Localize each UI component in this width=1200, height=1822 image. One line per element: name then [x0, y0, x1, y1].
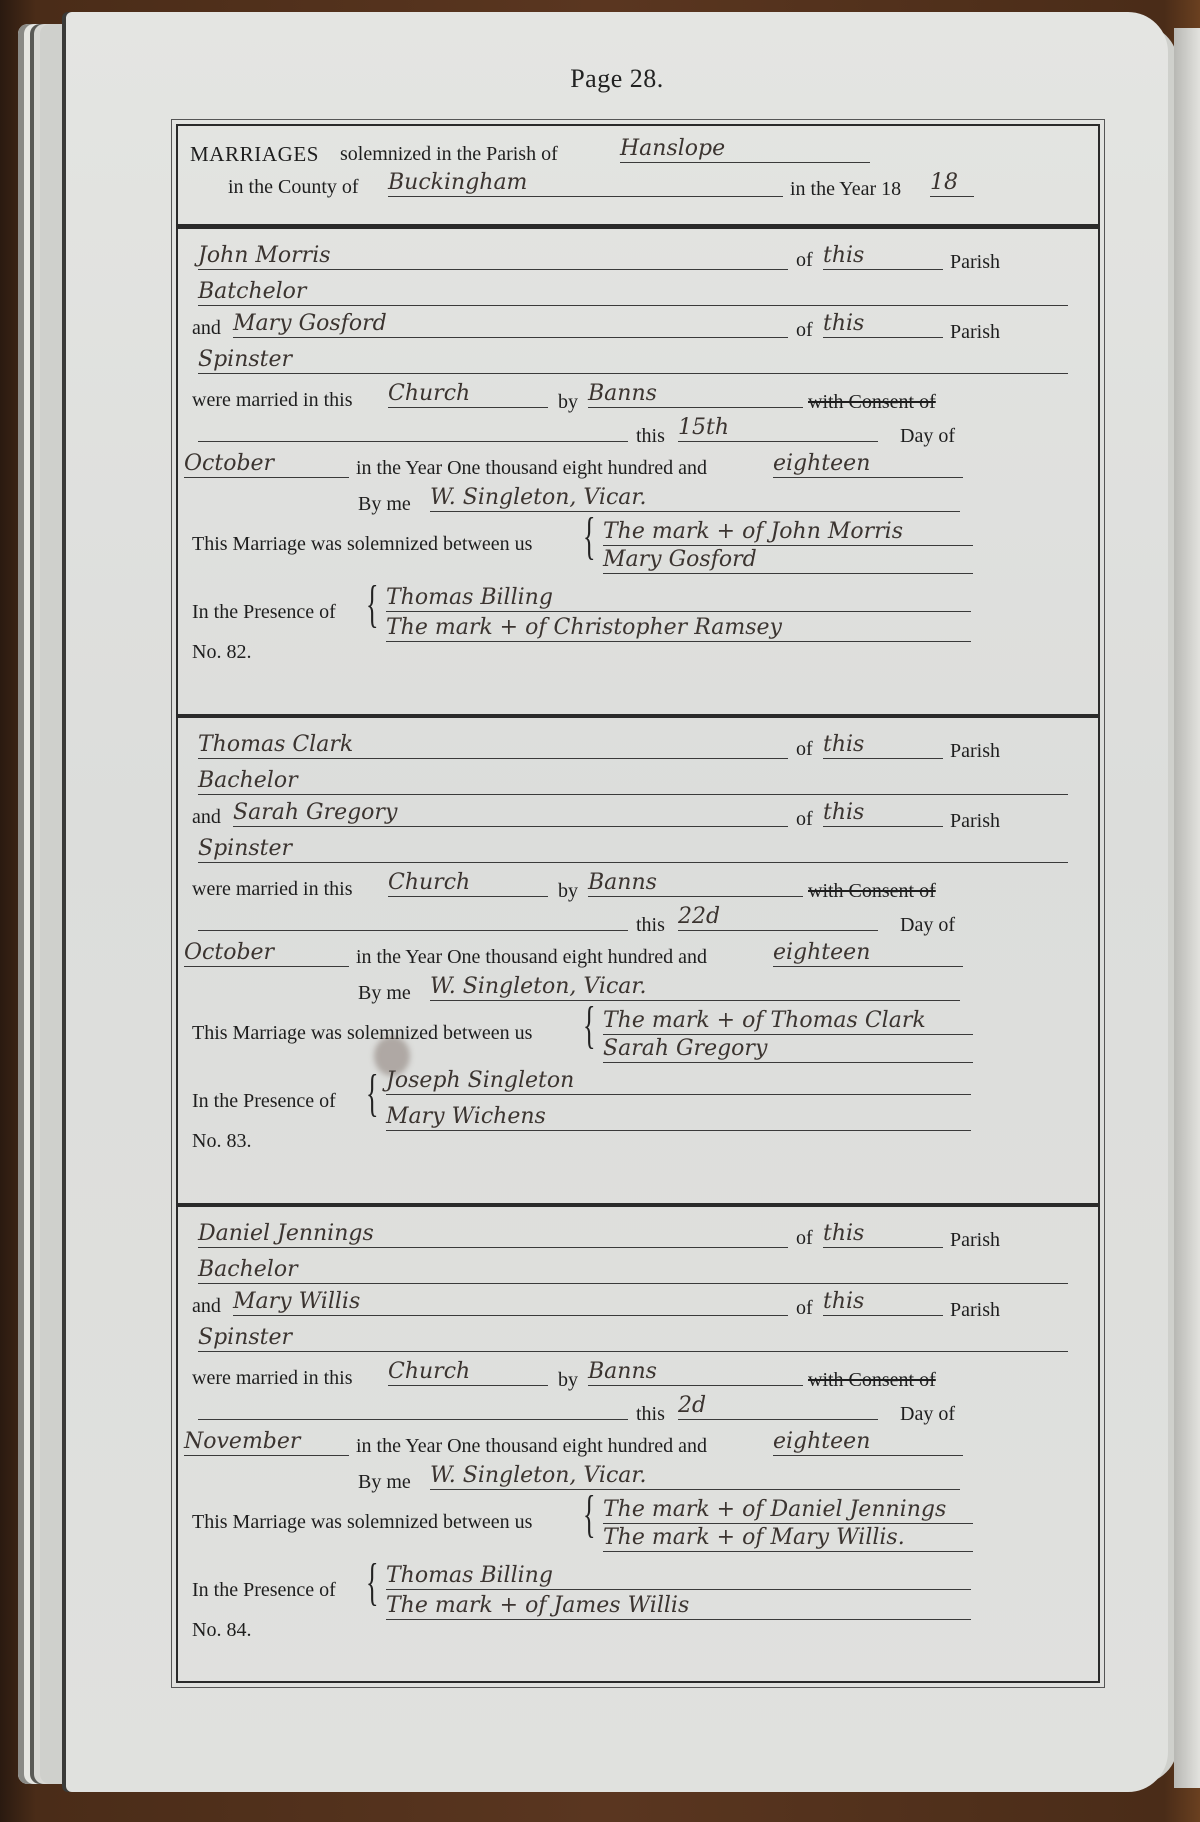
parish-label: Parish	[950, 251, 1000, 274]
solemnized-between-label: This Marriage was solemnized between us	[192, 1022, 532, 1045]
bride-parish: this	[823, 1289, 943, 1316]
page-number: Page 28.	[66, 64, 1168, 94]
brace-icon: {	[366, 1557, 378, 1609]
signature-1: The mark + of Daniel Jennings	[603, 1497, 973, 1524]
by-label: by	[558, 880, 578, 903]
presence-of-label: In the Presence of	[192, 601, 336, 624]
parish-field: Hanslope	[620, 136, 870, 163]
of-label: of	[796, 808, 813, 831]
with-consent-label: with Consent of	[808, 880, 936, 903]
signature-2: The mark + of Mary Willis.	[603, 1525, 973, 1552]
presence-of-label: In the Presence of	[192, 1579, 336, 1602]
bride-status: Spinster	[198, 836, 1068, 863]
blank-line	[198, 930, 628, 931]
month-field: October	[184, 451, 349, 478]
by-label: by	[558, 391, 578, 414]
groom-parish: this	[823, 732, 943, 759]
marriage-entry-84: Daniel Jennings of this Parish Bachelor …	[178, 1207, 1098, 1692]
this-label: this	[636, 1403, 665, 1426]
blank-line	[198, 441, 628, 442]
parish-label: Parish	[950, 740, 1000, 763]
marriage-entry-83: Thomas Clark of this Parish Bachelor and…	[178, 718, 1098, 1207]
by-me-label: By me	[358, 982, 411, 1005]
of-label: of	[796, 249, 813, 272]
groom-status: Bachelor	[198, 1257, 1068, 1284]
of-label: of	[796, 1227, 813, 1250]
this-label: this	[636, 914, 665, 937]
witness-1: Joseph Singleton	[386, 1068, 971, 1095]
bride-status: Spinster	[198, 347, 1068, 374]
bride-name: Mary Gosford	[233, 311, 788, 338]
county-label: in the County of	[228, 176, 359, 199]
marriage-register-table: MARRIAGES solemnized in the Parish of Ha…	[176, 124, 1100, 1683]
groom-parish: this	[823, 243, 943, 270]
register-header: MARRIAGES solemnized in the Parish of Ha…	[178, 126, 1098, 229]
brace-icon: {	[583, 511, 595, 563]
day-of-label: Day of	[900, 425, 955, 448]
by-field: Banns	[588, 1359, 803, 1386]
entry-number: No. 82.	[192, 641, 251, 664]
register-page: Page 28. MARRIAGES solemnized in the Par…	[66, 12, 1168, 1792]
and-label: and	[192, 1295, 221, 1318]
bride-name: Sarah Gregory	[233, 800, 788, 827]
signature-2: Sarah Gregory	[603, 1036, 973, 1063]
signature-2: Mary Gosford	[603, 547, 973, 574]
header-solemnized-text: solemnized in the Parish of	[340, 143, 558, 166]
groom-name: Daniel Jennings	[198, 1221, 788, 1248]
bride-name: Mary Willis	[233, 1289, 788, 1316]
year-field: 18	[930, 170, 974, 197]
day-field: 15th	[678, 415, 878, 442]
blank-line	[198, 1419, 628, 1420]
witness-1: Thomas Billing	[386, 585, 971, 612]
day-field: 22d	[678, 904, 878, 931]
officiant-field: W. Singleton, Vicar.	[430, 485, 960, 512]
and-label: and	[192, 806, 221, 829]
bride-parish: this	[823, 311, 943, 338]
place-field: Church	[388, 870, 548, 897]
place-field: Church	[388, 1359, 548, 1386]
facing-page-edge	[1174, 28, 1200, 1788]
officiant-field: W. Singleton, Vicar.	[430, 974, 960, 1001]
of-label: of	[796, 1297, 813, 1320]
of-label: of	[796, 738, 813, 761]
in-the-year-label: in the Year One thousand eight hundred a…	[356, 457, 707, 480]
and-label: and	[192, 317, 221, 340]
brace-icon: {	[366, 1068, 378, 1120]
by-me-label: By me	[358, 1471, 411, 1494]
header-title: MARRIAGES	[190, 142, 319, 167]
by-field: Banns	[588, 870, 803, 897]
in-the-year-label: in the Year One thousand eight hundred a…	[356, 1435, 707, 1458]
year-label: in the Year 18	[790, 178, 901, 201]
groom-name: John Morris	[198, 243, 788, 270]
brace-icon: {	[583, 1489, 595, 1541]
married-in-label: were married in this	[192, 878, 353, 901]
groom-name: Thomas Clark	[198, 732, 788, 759]
with-consent-label: with Consent of	[808, 1369, 936, 1392]
year-words-field: eighteen	[773, 451, 963, 478]
solemnized-between-label: This Marriage was solemnized between us	[192, 533, 532, 556]
witness-2: The mark + of Christopher Ramsey	[386, 615, 971, 642]
bride-parish: this	[823, 800, 943, 827]
year-words-field: eighteen	[773, 1429, 963, 1456]
bride-status: Spinster	[198, 1325, 1068, 1352]
signature-1: The mark + of John Morris	[603, 519, 973, 546]
groom-parish: this	[823, 1221, 943, 1248]
presence-of-label: In the Presence of	[192, 1090, 336, 1113]
parish-label: Parish	[950, 1229, 1000, 1252]
signature-1: The mark + of Thomas Clark	[603, 1008, 973, 1035]
solemnized-between-label: This Marriage was solemnized between us	[192, 1511, 532, 1534]
with-consent-label: with Consent of	[808, 391, 936, 414]
day-of-label: Day of	[900, 914, 955, 937]
day-field: 2d	[678, 1393, 878, 1420]
witness-1: Thomas Billing	[386, 1563, 971, 1590]
groom-status: Batchelor	[198, 279, 1068, 306]
parish-label: Parish	[950, 1299, 1000, 1322]
county-field: Buckingham	[388, 170, 783, 197]
place-field: Church	[388, 381, 548, 408]
officiant-field: W. Singleton, Vicar.	[430, 1463, 960, 1490]
groom-status: Bachelor	[198, 768, 1068, 795]
month-field: October	[184, 940, 349, 967]
by-field: Banns	[588, 381, 803, 408]
witness-2: The mark + of James Willis	[386, 1593, 971, 1620]
parish-label: Parish	[950, 810, 1000, 833]
in-the-year-label: in the Year One thousand eight hundred a…	[356, 946, 707, 969]
married-in-label: were married in this	[192, 389, 353, 412]
witness-2: Mary Wichens	[386, 1104, 971, 1131]
marriage-entry-82: John Morris of this Parish Batchelor and…	[178, 229, 1098, 718]
month-field: November	[184, 1429, 349, 1456]
day-of-label: Day of	[900, 1403, 955, 1426]
year-words-field: eighteen	[773, 940, 963, 967]
married-in-label: were married in this	[192, 1367, 353, 1390]
of-label: of	[796, 319, 813, 342]
by-label: by	[558, 1369, 578, 1392]
entry-number: No. 83.	[192, 1130, 251, 1153]
brace-icon: {	[583, 1000, 595, 1052]
brace-icon: {	[366, 579, 378, 631]
this-label: this	[636, 425, 665, 448]
by-me-label: By me	[358, 493, 411, 516]
parish-label: Parish	[950, 321, 1000, 344]
entry-number: No. 84.	[192, 1619, 251, 1642]
